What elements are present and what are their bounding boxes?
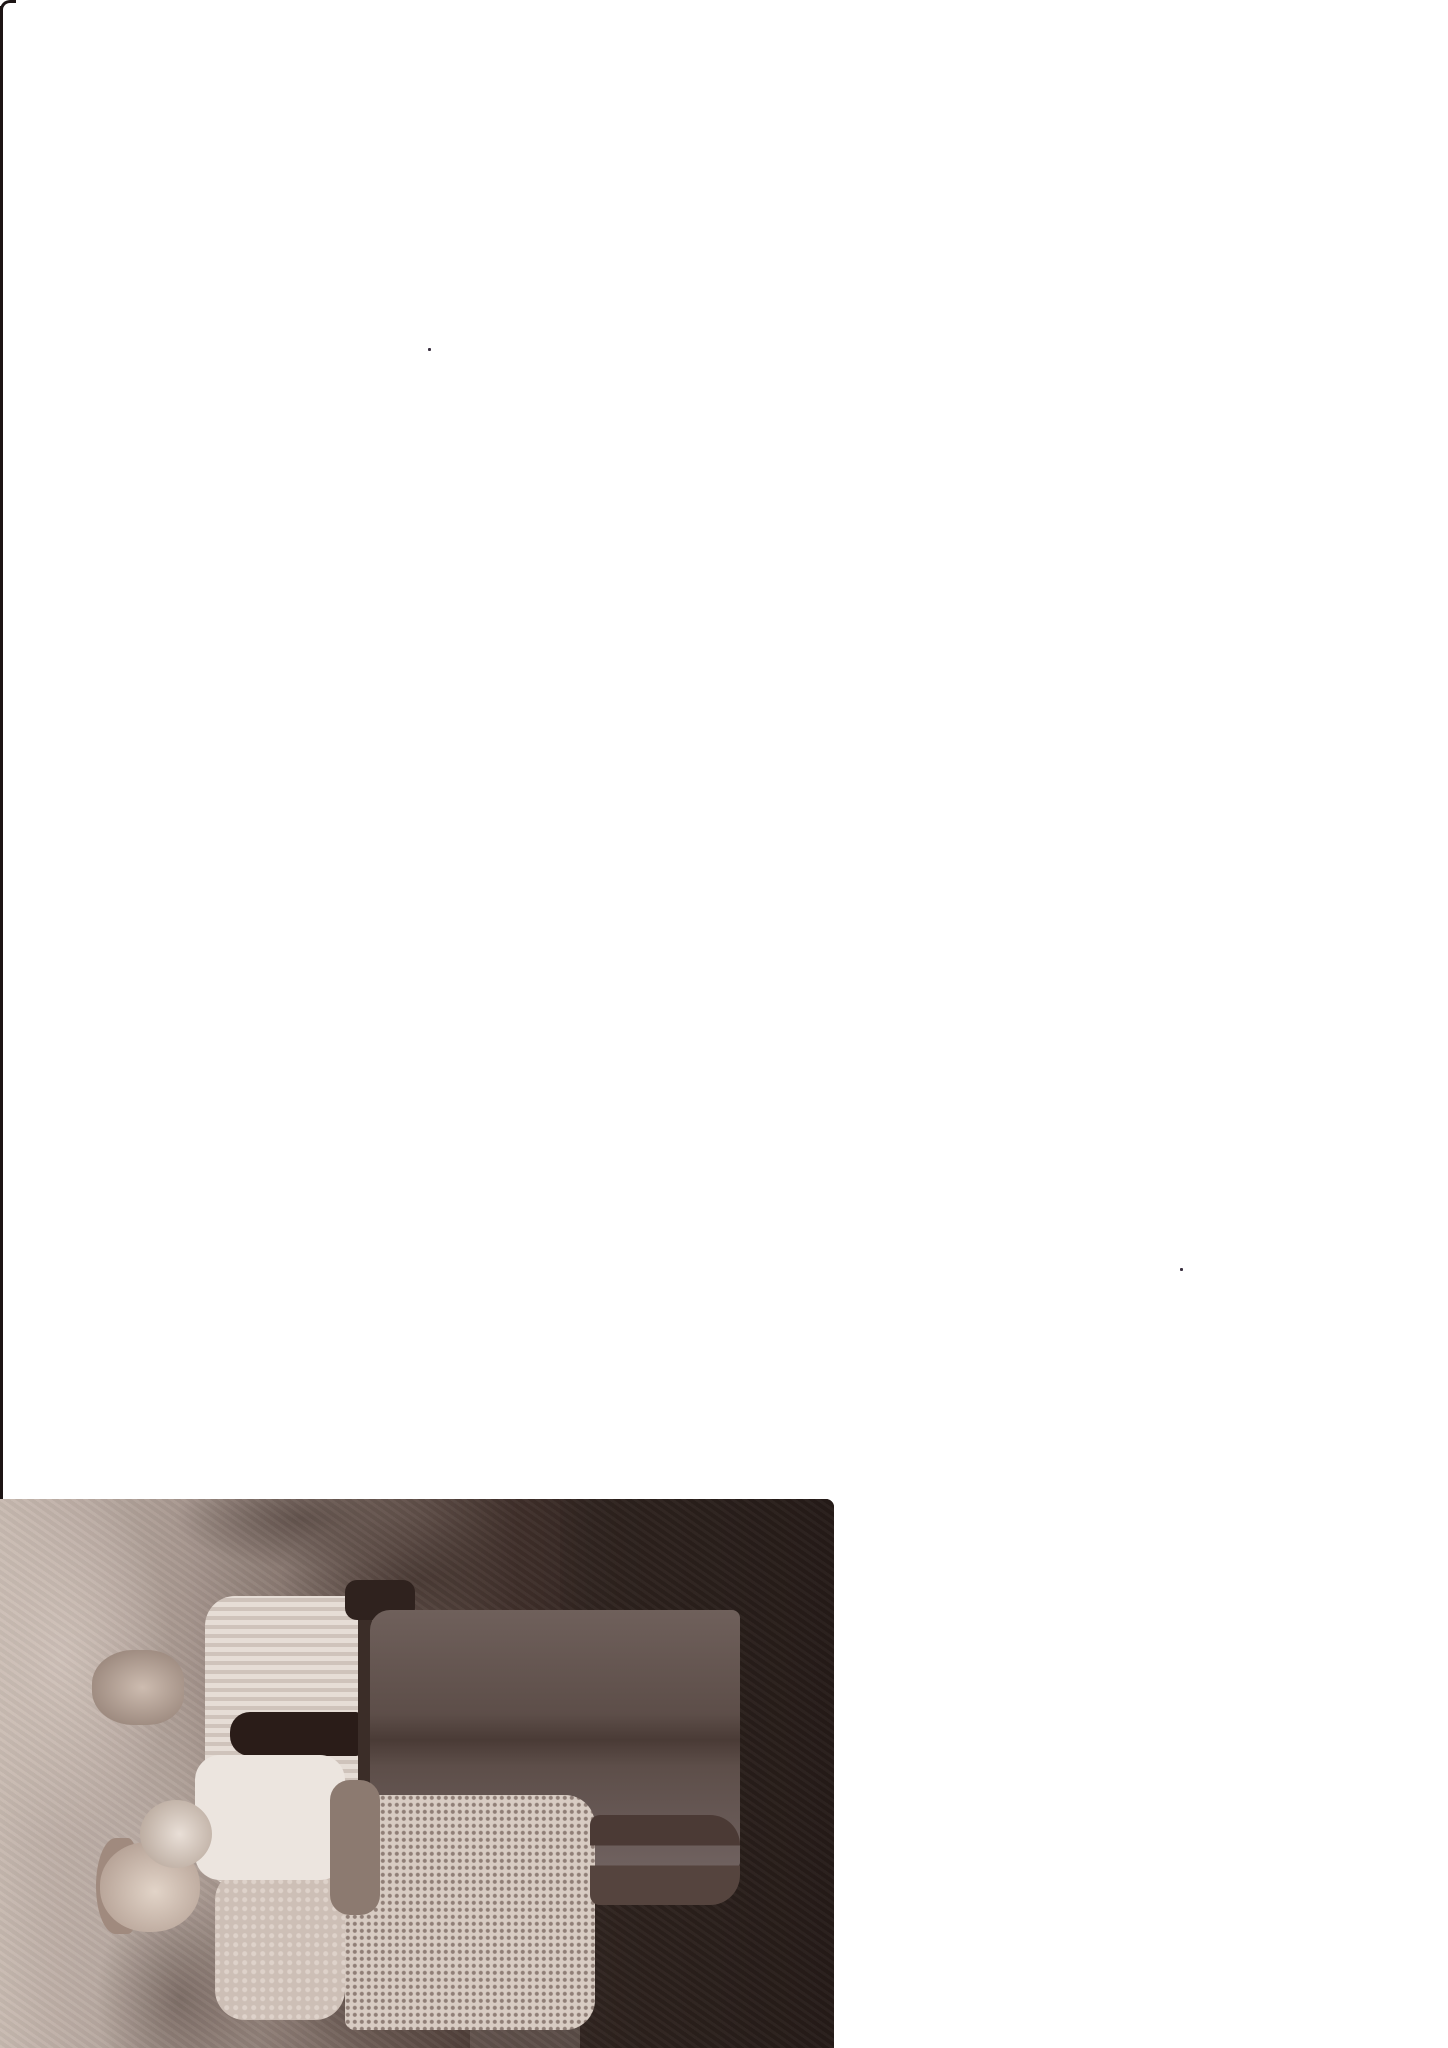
- man-head: [92, 1650, 184, 1725]
- baby-head: [140, 1800, 212, 1868]
- woman-floral-skirt: [345, 1795, 595, 2030]
- woman-legs: [590, 1815, 740, 1905]
- dust-speck: [1180, 1268, 1183, 1271]
- baby-body: [195, 1755, 345, 1880]
- woman-arm: [330, 1780, 380, 1915]
- scan-border-left: [0, 6, 3, 1500]
- man-tie: [230, 1712, 360, 1756]
- scanned-page: [0, 0, 1448, 2048]
- dust-speck: [428, 348, 431, 351]
- woman-floral-blouse: [215, 1870, 345, 2020]
